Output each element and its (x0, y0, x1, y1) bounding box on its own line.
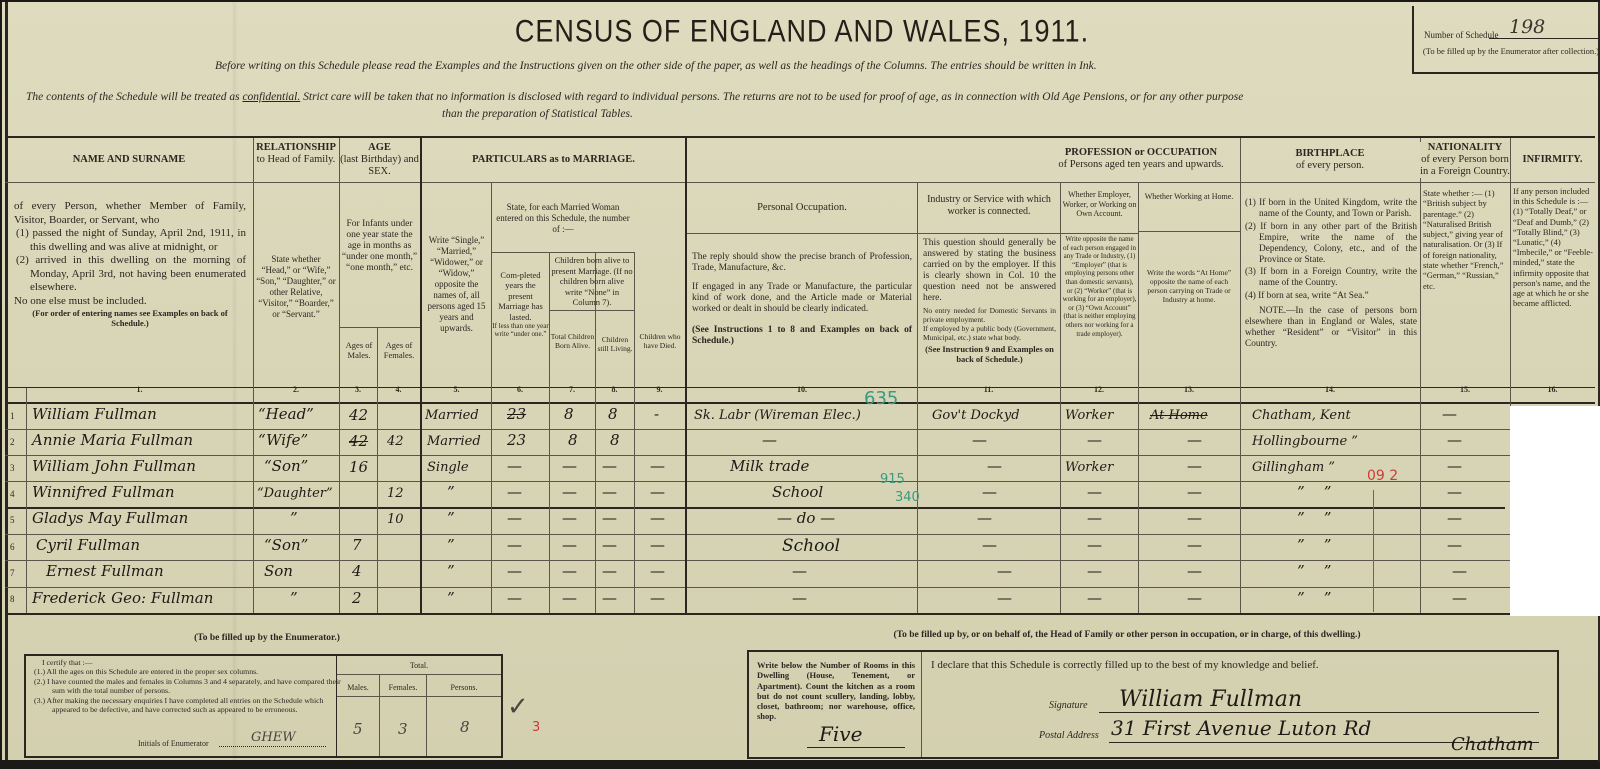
age-male-value: 4 (352, 562, 362, 580)
at-home-value: — (1187, 562, 1202, 580)
row-number: 6 (10, 542, 15, 552)
school-code-annotation: 340 (895, 490, 920, 505)
row-line (5, 429, 1510, 430)
birthplace-value: ” ” (1297, 536, 1331, 554)
header-birthplace-title: BIRTHPLACE (1295, 148, 1364, 159)
initials-label: Initials of Enumerator (138, 738, 209, 750)
name-desc-3: (2) arrived in this dwelling on the morn… (14, 254, 246, 295)
children-living-value: — (602, 562, 617, 580)
industry-value: — (997, 562, 1012, 580)
years-married-value: — (507, 562, 522, 580)
col-line-5 (420, 138, 422, 613)
age-sub-rule (339, 327, 420, 328)
head-section-box: Write below the Number of Rooms in this … (747, 650, 1559, 759)
industry-desc-3: If employed by a public body (Government… (923, 324, 1056, 342)
birthplace-value: Chatham, Kent (1252, 408, 1351, 423)
persons-total: 8 (460, 718, 470, 736)
at-home-label: Whether Working at Home. (1139, 192, 1239, 202)
column-number-12: 12. (1060, 385, 1138, 394)
at-home-value: — (1187, 509, 1202, 527)
row-line (5, 455, 1510, 456)
marriage-value: ” (447, 509, 455, 527)
person-name: Gladys May Fullman (32, 509, 188, 527)
nationality-value: — (1447, 457, 1462, 475)
table-top-rule (5, 136, 1595, 138)
col-line-4 (377, 327, 378, 613)
column-number-7: 7. (549, 385, 595, 394)
signature-line (1099, 712, 1539, 713)
industry-value: — (987, 457, 1002, 475)
header-profession-title: PROFESSION or OCCUPATION (1065, 147, 1217, 158)
children-died-value: — (650, 509, 665, 527)
row-line (5, 534, 1510, 535)
children-died-value: - (654, 405, 659, 423)
personal-occupation-label: Personal Occupation. (688, 202, 916, 214)
children-died-value: — (650, 483, 665, 501)
children-born-value: — (562, 483, 577, 501)
signature-value: William Fullman (1119, 687, 1302, 712)
col-line-15 (1420, 138, 1421, 613)
industry-value: — (972, 431, 987, 449)
header-birthplace-sub: of every person. (1240, 160, 1420, 172)
marriage-write-description: Write “Single,” “Married,” “Widower,” or… (423, 235, 490, 334)
header-nationality-sub: of every Person born in a Foreign Countr… (1420, 154, 1510, 178)
at-home-value: At Home (1150, 408, 1208, 423)
nationality-description: State whether :— (1) “British subject by… (1423, 188, 1507, 291)
certify-item-3: (3.) After making the necessary enquirie… (34, 696, 352, 715)
children-born-value: — (562, 509, 577, 527)
children-born-value: — (562, 589, 577, 607)
industry-desc-2: No entry needed for Domestic Servants in… (923, 306, 1056, 324)
page-border (5, 2, 1600, 762)
industry-desc-4: (See Instruction 9 and Examples on back … (923, 344, 1056, 364)
schedule-number-box: Number of Schedule 198 (To be filled up … (1412, 6, 1600, 74)
occupation-value: School (782, 536, 840, 556)
years-married-value: 23 (507, 431, 526, 449)
person-name: Cyril Fullman (36, 536, 140, 554)
at-home-value: — (1187, 457, 1202, 475)
column-number-5: 5. (422, 385, 491, 394)
person-name: William Fullman (32, 405, 157, 423)
column-number-1: 1. (26, 385, 253, 394)
children-living-value: 8 (610, 431, 620, 449)
header-relationship-sub: to Head of Family. (253, 154, 339, 166)
relationship-value: Son (264, 562, 293, 580)
age-male-value: 7 (352, 536, 362, 554)
row-number: 2 (10, 437, 15, 447)
years-married-value: — (507, 483, 522, 501)
occupation-value: — (792, 562, 807, 580)
birthplace-value: ” ” (1297, 589, 1331, 607)
red-margin-line (1373, 490, 1374, 612)
females-label: Females. (380, 682, 426, 694)
age-females-label: Ages of Females. (378, 340, 420, 360)
address-label: Postal Address (1039, 730, 1099, 742)
children-died-label: Children who have Died. (635, 332, 685, 350)
col-line-13 (1138, 182, 1139, 613)
relationship-value: “Daughter” (257, 486, 333, 501)
employer-value: — (1087, 562, 1102, 580)
employer-description: Write opposite the name of each person e… (1062, 235, 1137, 338)
years-married-value: 23 (507, 405, 526, 423)
children-born-description: Children born alive to present Marriage.… (551, 255, 633, 308)
col-line-3 (339, 138, 340, 613)
row-number: 3 (10, 463, 15, 473)
col-line-2 (253, 138, 254, 613)
enumerator-certify-text: I certify that :— (1.) All the ages on t… (34, 658, 352, 714)
children-total-label: Total Children Born Alive. (550, 332, 595, 350)
marriage-years-note: If less than one year write “under one.” (492, 322, 549, 338)
children-sub-rule (549, 310, 634, 311)
industry-sub-rule (917, 233, 1138, 234)
employer-value: — (1087, 483, 1102, 501)
birthplace-value: ” ” (1297, 509, 1331, 527)
birthplace-value: ” ” (1297, 562, 1331, 580)
confidential-line: The contents of the Schedule will be tre… (26, 91, 1243, 103)
males-label: Males. (337, 682, 379, 694)
employer-value: Worker (1065, 408, 1113, 423)
head-section-heading: (To be filled up by, or on behalf of, th… (747, 629, 1507, 641)
nationality-value: — (1442, 405, 1457, 423)
column-number-9: 9. (634, 385, 685, 394)
industry-value: Gov't Dockyd (932, 408, 1020, 423)
column-number-4: 4. (377, 385, 420, 394)
row-line (5, 587, 1510, 588)
children-died-value: — (650, 589, 665, 607)
person-name: Frederick Geo: Fullman (32, 589, 213, 607)
person-name: Annie Maria Fullman (32, 431, 193, 449)
col-line-9 (634, 252, 635, 613)
age-males-label: Ages of Males. (341, 340, 377, 360)
athome-sub-rule (1138, 231, 1240, 232)
occupation-value: — (762, 431, 777, 449)
confidential-line-2: than the preparation of Statistical Tabl… (442, 108, 633, 120)
header-birthplace: BIRTHPLACEof every person. (1240, 148, 1420, 172)
po-desc-3: (See Instructions 1 to 8 and Examples on… (692, 325, 912, 347)
industry-label: Industry or Service with which worker is… (919, 194, 1059, 218)
schedule-number-line (1489, 38, 1599, 39)
confidential-rest: Strict care will be taken that no inform… (300, 91, 1243, 103)
at-home-value: — (1187, 589, 1202, 607)
marriage-value: ” (447, 536, 455, 554)
table-bottom-rule (5, 613, 1595, 615)
nationality-value: — (1447, 431, 1462, 449)
at-home-description: Write the words “At Home” opposite the n… (1142, 268, 1236, 304)
birthplace-code-annotation: 09 2 (1367, 468, 1398, 484)
row-5-divider (5, 507, 1505, 509)
relationship-value: ” (290, 509, 298, 527)
col-line-16 (1510, 138, 1511, 408)
name-desc-1: of every Person, whether Member of Famil… (14, 200, 246, 227)
header-age-title: AGE (368, 142, 391, 153)
occupation-value: Sk. Labr (Wireman Elec.) (694, 408, 861, 423)
red-annotation-three: 3 (532, 720, 540, 735)
person-name: Winnifred Fullman (32, 483, 175, 501)
document-title-text: CENSUS OF ENGLAND AND WALES, 1911. (515, 14, 1089, 50)
person-name: Ernest Fullman (46, 562, 164, 580)
marriage-value: Married (427, 434, 481, 449)
name-description: of every Person, whether Member of Famil… (14, 200, 246, 328)
at-home-value: — (1187, 536, 1202, 554)
children-living-value: — (602, 509, 617, 527)
column-number-13: 13. (1138, 385, 1240, 394)
bp-desc-3: (3) If born in a Foreign Country, write … (1245, 267, 1417, 289)
birthplace-description: (1) If born in the United Kingdom, write… (1245, 198, 1417, 350)
children-living-value: — (602, 483, 617, 501)
col-line-10 (685, 138, 687, 613)
row-number: 8 (10, 594, 15, 604)
persons-label: Persons. (427, 682, 501, 694)
person-name: William John Fullman (32, 457, 196, 475)
enumerator-heading: (To be filled up by the Enumerator.) (32, 632, 502, 644)
column-number-14: 14. (1240, 385, 1420, 394)
total-rule (337, 674, 501, 675)
females-col-line (426, 675, 427, 756)
col-line-7 (549, 252, 550, 613)
column-number-11: 11. (917, 385, 1060, 394)
bp-note: NOTE.—In the case of persons born elsewh… (1245, 306, 1417, 350)
labels-rule (337, 696, 501, 697)
nationality-value: — (1447, 483, 1462, 501)
children-born-value: — (562, 562, 577, 580)
marriage-value: ” (447, 483, 455, 501)
industry-description: This question should generally be answer… (923, 238, 1056, 364)
occupation-value: Milk trade (730, 457, 809, 475)
marriage-years-text: Com-pleted years the present Marriage ha… (492, 270, 549, 322)
children-born-value: 8 (568, 431, 578, 449)
rooms-line (807, 747, 905, 748)
certify-label: I certify that :— (34, 658, 352, 667)
industry-desc-1: This question should generally be answer… (923, 238, 1056, 304)
rooms-value: Five (819, 722, 862, 746)
initials-value: GHEW (251, 730, 296, 745)
column-number-15: 15. (1420, 385, 1510, 394)
employer-value: — (1087, 509, 1102, 527)
col-line-6 (491, 182, 492, 613)
nationality-value: — (1447, 509, 1462, 527)
employer-value: — (1087, 431, 1102, 449)
certify-item-2: (2.) I have counted the males and female… (34, 677, 352, 696)
total-label: Total. (337, 660, 501, 672)
children-born-value: — (562, 457, 577, 475)
schedule-number-note: (To be filled up by the Enumerator after… (1422, 46, 1600, 56)
po-desc-2: If engaged in any Trade or Manufacture, … (692, 282, 912, 315)
initials-line (219, 746, 326, 747)
birthplace-value: Hollingbourne ” (1252, 434, 1358, 449)
header-marriage: PARTICULARS as to MARRIAGE. (422, 154, 685, 166)
birthplace-value: Gillingham ” (1252, 460, 1335, 475)
rownum-col-line (26, 388, 27, 613)
children-born-value: 8 (564, 405, 574, 423)
schedule-number-value: 198 (1509, 16, 1545, 38)
check-mark-icon: ✓ (507, 692, 529, 722)
col-line-11 (917, 182, 918, 613)
employer-value: — (1087, 589, 1102, 607)
row-number: 7 (10, 568, 15, 578)
age-description: For Infants under one year state the age… (341, 219, 418, 274)
occupation-value: — (792, 589, 807, 607)
column-number-3: 3. (339, 385, 377, 394)
bp-desc-2: (2) If born in any other part of the Bri… (1245, 222, 1417, 266)
children-died-value: — (650, 536, 665, 554)
document-title: CENSUS OF ENGLAND AND WALES, 1911. (2, 16, 1600, 47)
col-line-14 (1240, 138, 1241, 613)
marriage-years-description: Com-pleted years the present Marriage ha… (492, 270, 549, 338)
females-total: 3 (398, 720, 408, 738)
marriage-value: Married (425, 408, 479, 423)
header-name: NAME AND SURNAME (5, 154, 253, 166)
age-male-value: 42 (349, 432, 368, 450)
years-married-value: — (507, 589, 522, 607)
children-living-value: — (602, 457, 617, 475)
relationship-value: “Head” (258, 405, 314, 423)
nationality-value: — (1447, 536, 1462, 554)
bp-desc-4: (4) If born at sea, write “At Sea.” (1245, 291, 1417, 302)
enumerator-box: I certify that :— (1.) All the ages on t… (24, 654, 503, 758)
schedule-number-label: Number of Schedule (1424, 30, 1498, 40)
signature-label: Signature (1049, 700, 1088, 712)
nationality-value: — (1452, 589, 1467, 607)
marriage-value: Single (427, 460, 469, 475)
personal-occupation-description: The reply should show the precise branch… (692, 252, 912, 347)
relationship-description: State whether “Head,” or “Wife,” “Son,” … (256, 254, 336, 320)
column-number-16: 16. (1510, 385, 1595, 394)
at-home-value: — (1187, 483, 1202, 501)
relationship-value: “Wife” (258, 431, 308, 449)
row-number: 5 (10, 515, 15, 525)
children-living-value: — (602, 589, 617, 607)
children-living-value: 8 (608, 405, 618, 423)
age-female-value: 42 (387, 434, 404, 449)
children-died-value: — (650, 562, 665, 580)
declaration-text: I declare that this Schedule is correctl… (931, 660, 1319, 672)
header-age: AGE(last Birthday) and SEX. (339, 142, 420, 178)
column-number-6: 6. (491, 385, 549, 394)
industry-value: — (997, 589, 1012, 607)
employer-value: — (1087, 536, 1102, 554)
infirmity-description: If any person included in this Schedule … (1513, 186, 1595, 308)
employer-value: Worker (1065, 460, 1113, 475)
nationality-value: — (1452, 562, 1467, 580)
page-bottom-edge (2, 760, 1598, 764)
occupation-value: — do — (777, 509, 835, 527)
children-died-value: — (650, 457, 665, 475)
age-male-value: 2 (352, 589, 362, 607)
rooms-divider (921, 652, 922, 757)
milk-trade-code-annotation: 915 (880, 472, 905, 487)
header-infirmity: INFIRMITY. (1510, 154, 1595, 166)
redacted-infirmity-area (1510, 406, 1600, 616)
children-living-value: — (602, 536, 617, 554)
instruction-line: Before writing on this Schedule please r… (215, 60, 1097, 72)
at-home-value: — (1187, 431, 1202, 449)
marriage-sub-rule (491, 252, 634, 253)
header-divider (5, 182, 1595, 183)
name-desc-4: No one else must be included. (14, 295, 246, 309)
address-line-2: Chatham (1451, 734, 1534, 755)
marriage-value: ” (447, 589, 455, 607)
address-line-1: 31 First Avenue Luton Rd (1111, 716, 1371, 740)
marriage-value: ” (447, 562, 455, 580)
row-number: 4 (10, 489, 15, 499)
certify-item-1: (1.) All the ages on this Schedule are e… (34, 667, 352, 676)
column-number-8: 8. (595, 385, 634, 394)
confidential-prefix: The contents of the Schedule will be tre… (26, 91, 242, 103)
row-line (5, 481, 1510, 482)
col-line-12 (1060, 182, 1061, 613)
header-age-sub: (last Birthday) and SEX. (339, 154, 420, 178)
relationship-value: “Son” (264, 536, 308, 554)
header-nationality-title: NATIONALITY (1428, 142, 1502, 153)
header-relationship-title: RELATIONSHIP (256, 142, 336, 153)
age-male-value: 42 (349, 406, 368, 424)
years-married-value: — (507, 457, 522, 475)
census-schedule-page: CENSUS OF ENGLAND AND WALES, 1911. Befor… (2, 2, 1598, 764)
males-total: 5 (353, 720, 363, 738)
birthplace-value: ” ” (1297, 483, 1331, 501)
relationship-value: ” (290, 589, 298, 607)
industry-value: — (977, 509, 992, 527)
children-living-label: Children still Living. (596, 335, 634, 353)
marriage-state-description: State, for each Married Woman entered on… (494, 202, 632, 235)
occupation-sub-rule (687, 233, 917, 234)
colnum-bottom-rule (5, 402, 1595, 404)
occupation-code-annotation: 635 (864, 388, 898, 409)
age-female-value: 10 (387, 512, 404, 527)
confidential-word: confidential. (242, 91, 300, 103)
row-number: 1 (10, 411, 15, 421)
age-male-value: 16 (349, 458, 368, 476)
industry-value: — (982, 483, 997, 501)
rooms-instruction: Write below the Number of Rooms in this … (757, 660, 915, 722)
bp-desc-1: (1) If born in the United Kingdom, write… (1245, 198, 1417, 220)
row-line (5, 560, 1510, 561)
children-born-value: — (562, 536, 577, 554)
column-number-2: 2. (253, 385, 339, 394)
years-married-value: — (507, 536, 522, 554)
relationship-value: “Son” (264, 457, 308, 475)
males-col-line (379, 675, 380, 756)
age-female-value: 12 (387, 486, 404, 501)
name-desc-2: (1) passed the night of Sunday, April 2n… (14, 227, 246, 254)
occupation-value: School (772, 483, 823, 501)
header-nationality: NATIONALITYof every Person born in a For… (1420, 142, 1510, 178)
years-married-value: — (507, 509, 522, 527)
po-desc-1: The reply should show the precise branch… (692, 252, 912, 274)
employer-label: Whether Employer, Worker, or Working on … (1061, 190, 1138, 219)
industry-value: — (982, 536, 997, 554)
name-desc-5: (For order of entering names see Example… (14, 308, 246, 328)
header-relationship: RELATIONSHIPto Head of Family. (253, 142, 339, 166)
